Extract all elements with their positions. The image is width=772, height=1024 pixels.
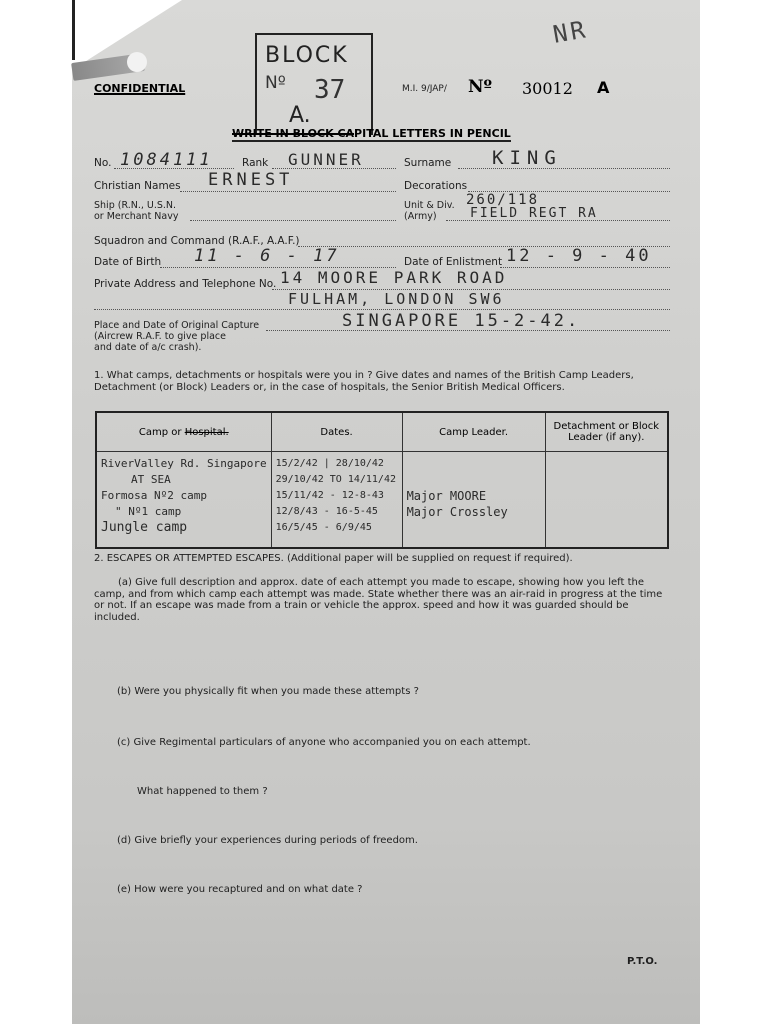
instruction-heading: WRITE IN BLOCK CAPITAL LETTERS IN PENCIL (232, 127, 511, 142)
handwritten-initials: NR (551, 15, 590, 49)
camp-entry: " Nº1 camp (101, 504, 267, 520)
capture-label-2: (Aircrew R.A.F. to give place (94, 331, 259, 342)
address-label: Private Address and Telephone No. (94, 278, 276, 290)
enlistment-label: Date of Enlistment (404, 256, 502, 268)
no-value: 1084111 (120, 150, 213, 170)
dob-value: 11 - 6 - 17 (194, 246, 340, 266)
question-2c: (c) Give Regimental particulars of anyon… (117, 737, 531, 748)
rank-label: Rank (242, 157, 268, 169)
col-camp: Camp or Hospital. (96, 412, 271, 452)
block-stamp: BLOCK Nº 37 A. (255, 33, 373, 135)
punch-hole (127, 52, 147, 72)
ship-label-1: Ship (R.N., U.S.N. (94, 200, 178, 211)
date-entry: 12/8/43 - 16-5-45 (276, 504, 398, 520)
form-number: 30012 (522, 79, 573, 98)
struck-text: WRITE IN BLOCK CA (232, 127, 354, 140)
col-camp-leader: Camp Leader. (402, 412, 545, 452)
address-line-2 (94, 309, 670, 310)
question-2d: (d) Give briefly your experiences during… (117, 835, 418, 846)
stamp-no: Nº (265, 73, 286, 93)
col-block-leader: Detachment or Block Leader (if any). (545, 412, 668, 452)
no-label: No. (94, 157, 111, 169)
christian-names-value: ERNEST (208, 170, 293, 190)
camp-entry: AT SEA (101, 472, 267, 488)
leader-cell: Major MOORE Major Crossley (402, 452, 545, 548)
date-entry: 16/5/45 - 6/9/45 (276, 520, 398, 536)
leader-entry: Major MOORE (407, 488, 541, 504)
ship-label-2: or Merchant Navy (94, 211, 178, 222)
block-leader-cell (545, 452, 668, 548)
question-2e: (e) How were you recaptured and on what … (117, 884, 363, 895)
col-camp-text: Camp or (139, 427, 185, 438)
enlistment-value: 12 - 9 - 40 (506, 246, 652, 266)
capture-value: SINGAPORE 15-2-42. (342, 311, 580, 331)
question-2b: (b) Were you physically fit when you mad… (117, 686, 419, 697)
question-2a: (a) Give full description and approx. da… (94, 577, 672, 623)
camp-cell: RiverValley Rd. Singapore AT SEA Formosa… (96, 452, 271, 548)
pto-label: P.T.O. (627, 956, 657, 967)
capture-label: Place and Date of Original Capture (Airc… (94, 320, 259, 353)
date-entry: 29/10/42 TO 14/11/42 (276, 472, 398, 488)
form-suffix: A (597, 78, 609, 97)
capture-label-1: Place and Date of Original Capture (94, 320, 259, 331)
date-entry: 15/11/42 - 12-8-43 (276, 488, 398, 504)
stamp-handwritten-number: 37 (314, 75, 345, 105)
christian-names-line (180, 191, 396, 192)
stamp-letter: A. (289, 103, 311, 128)
christian-names-label: Christian Names (94, 180, 181, 192)
camp-entry: RiverValley Rd. Singapore (101, 456, 267, 472)
capture-label-3: and date of a/c crash). (94, 342, 259, 353)
address-value-2: FULHAM, LONDON SW6 (288, 290, 505, 308)
surname-value: KING (492, 147, 562, 169)
enlistment-line (500, 267, 670, 268)
unit-value-2: FIELD REGT RA (470, 206, 598, 221)
leader-entry: Major Crossley (407, 504, 541, 520)
unit-label-1: Unit & Div. (404, 200, 455, 211)
ship-label: Ship (R.N., U.S.N.or Merchant Navy (94, 200, 178, 222)
surname-line (458, 168, 670, 169)
number-symbol: Nº (468, 77, 492, 97)
col-hospital-struck: Hospital. (185, 427, 229, 438)
col-dates: Dates. (271, 412, 402, 452)
camp-entry: Formosa Nº2 camp (101, 488, 267, 504)
question-2c-followup: What happened to them ? (137, 786, 268, 797)
stamp-title: BLOCK (265, 43, 349, 68)
date-entry: 15/2/42 | 28/10/42 (276, 456, 398, 472)
form-reference: M.I. 9/JAP/ (402, 84, 447, 94)
instruction-rest: PITAL LETTERS IN PENCIL (354, 127, 511, 140)
camps-table: Camp or Hospital. Dates. Camp Leader. De… (95, 411, 669, 549)
address-value-1: 14 MOORE PARK ROAD (280, 268, 507, 287)
table-row: RiverValley Rd. Singapore AT SEA Formosa… (96, 452, 668, 548)
unit-label: Unit & Div.(Army) (404, 200, 455, 222)
surname-label: Surname (404, 157, 451, 169)
section-1-question: 1. What camps, detachments or hospitals … (94, 370, 672, 393)
table-header-row: Camp or Hospital. Dates. Camp Leader. De… (96, 412, 668, 452)
section-2-title: 2. ESCAPES OR ATTEMPTED ESCAPES. (Additi… (94, 553, 573, 564)
camp-entry: Jungle camp (101, 520, 267, 536)
decorations-label: Decorations (404, 180, 467, 192)
page-edge (72, 0, 75, 60)
dob-label: Date of Birth (94, 256, 161, 268)
confidential-label: CONFIDENTIAL (94, 82, 185, 95)
rank-value: GUNNER (288, 150, 364, 169)
ship-line (190, 220, 396, 221)
dates-cell: 15/2/42 | 28/10/42 29/10/42 TO 14/11/42 … (271, 452, 402, 548)
